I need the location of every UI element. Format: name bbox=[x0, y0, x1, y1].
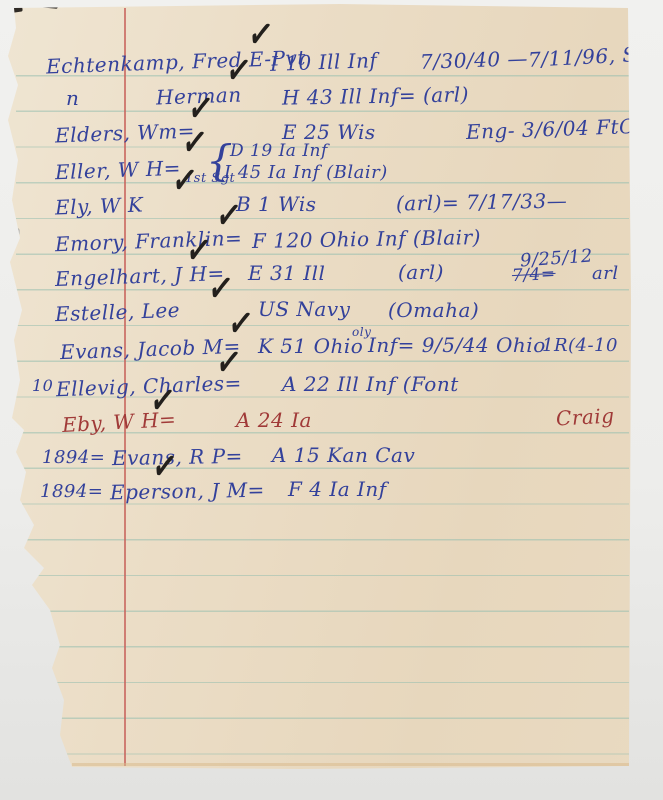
torn-edge-fragment bbox=[38, 0, 59, 9]
torn-edge-fragment bbox=[0, 0, 23, 14]
entry-unit: H 43 Ill Inf= (arl) bbox=[282, 84, 469, 107]
entry-prefix: 1894= bbox=[42, 449, 105, 467]
entry-note: (arl) bbox=[398, 262, 444, 282]
entry-prefix: 10 bbox=[32, 378, 53, 394]
entry-note: Craig bbox=[556, 405, 615, 428]
entry-name: Elders, Wm= bbox=[55, 121, 196, 146]
entry-name: Eperson, J M= bbox=[110, 480, 265, 503]
entry-death-date: 7/30/40 — bbox=[420, 48, 529, 72]
entry-unit: I 10 Ill Inf bbox=[270, 50, 378, 74]
entry-name: Estelle, Lee bbox=[55, 300, 181, 324]
punch-hole bbox=[14, 228, 20, 236]
punch-hole bbox=[12, 424, 18, 432]
entry-unit: B 1 Wis bbox=[236, 194, 317, 214]
entry-unit: I 45 Ia Inf (Blair) bbox=[224, 164, 388, 182]
entry-unit: F 4 Ia Inf bbox=[288, 479, 387, 499]
punch-hole bbox=[16, 575, 22, 583]
entry-unit: US Navy bbox=[258, 299, 350, 319]
entry-note: (Omaha) bbox=[388, 300, 479, 320]
entry-date-suffix: arl bbox=[592, 265, 619, 283]
entry-unit: E 25 Wis bbox=[282, 122, 376, 142]
entry-unit-continued: Inf= 9/5/44 Ohio bbox=[368, 335, 546, 355]
entry-name: Evans, Jacob M= bbox=[60, 336, 241, 362]
entry-name: Ely, W K bbox=[55, 194, 144, 217]
entry-unit: A 22 Ill Inf (Font bbox=[282, 374, 459, 394]
entry-note: (arl)= 7/17/33— bbox=[396, 191, 568, 214]
entry-unit: D 19 Ia Inf bbox=[230, 143, 328, 160]
entry-unit: K 51 Ohio bbox=[258, 336, 363, 356]
entry-note: Eng- 3/6/04 FtC bbox=[466, 116, 635, 142]
entry-unit: A 24 Ia bbox=[236, 410, 312, 430]
entry-unit: F 120 Ohio Inf (Blair) bbox=[252, 227, 481, 251]
entry-name: Eller, W H= bbox=[55, 158, 182, 182]
entry-unit: E 31 Ill bbox=[248, 263, 325, 283]
entry-unit: A 15 Kan Cav bbox=[272, 445, 415, 465]
entry-struck-date: 7/4= bbox=[512, 266, 556, 285]
ditto-mark: n bbox=[66, 88, 79, 108]
entry-prefix: 1894= bbox=[40, 483, 103, 501]
scanned-page: Echtenkamp, Fred E-Pvt I 10 Ill Inf 7/30… bbox=[0, 0, 663, 800]
notebook-paper: Echtenkamp, Fred E-Pvt I 10 Ill Inf 7/30… bbox=[0, 0, 663, 800]
page-bottom-edge bbox=[72, 763, 629, 766]
entry-note: 1R(4-10 bbox=[542, 337, 618, 355]
entry-date-place: 7/11/96, StP's bbox=[528, 42, 663, 70]
